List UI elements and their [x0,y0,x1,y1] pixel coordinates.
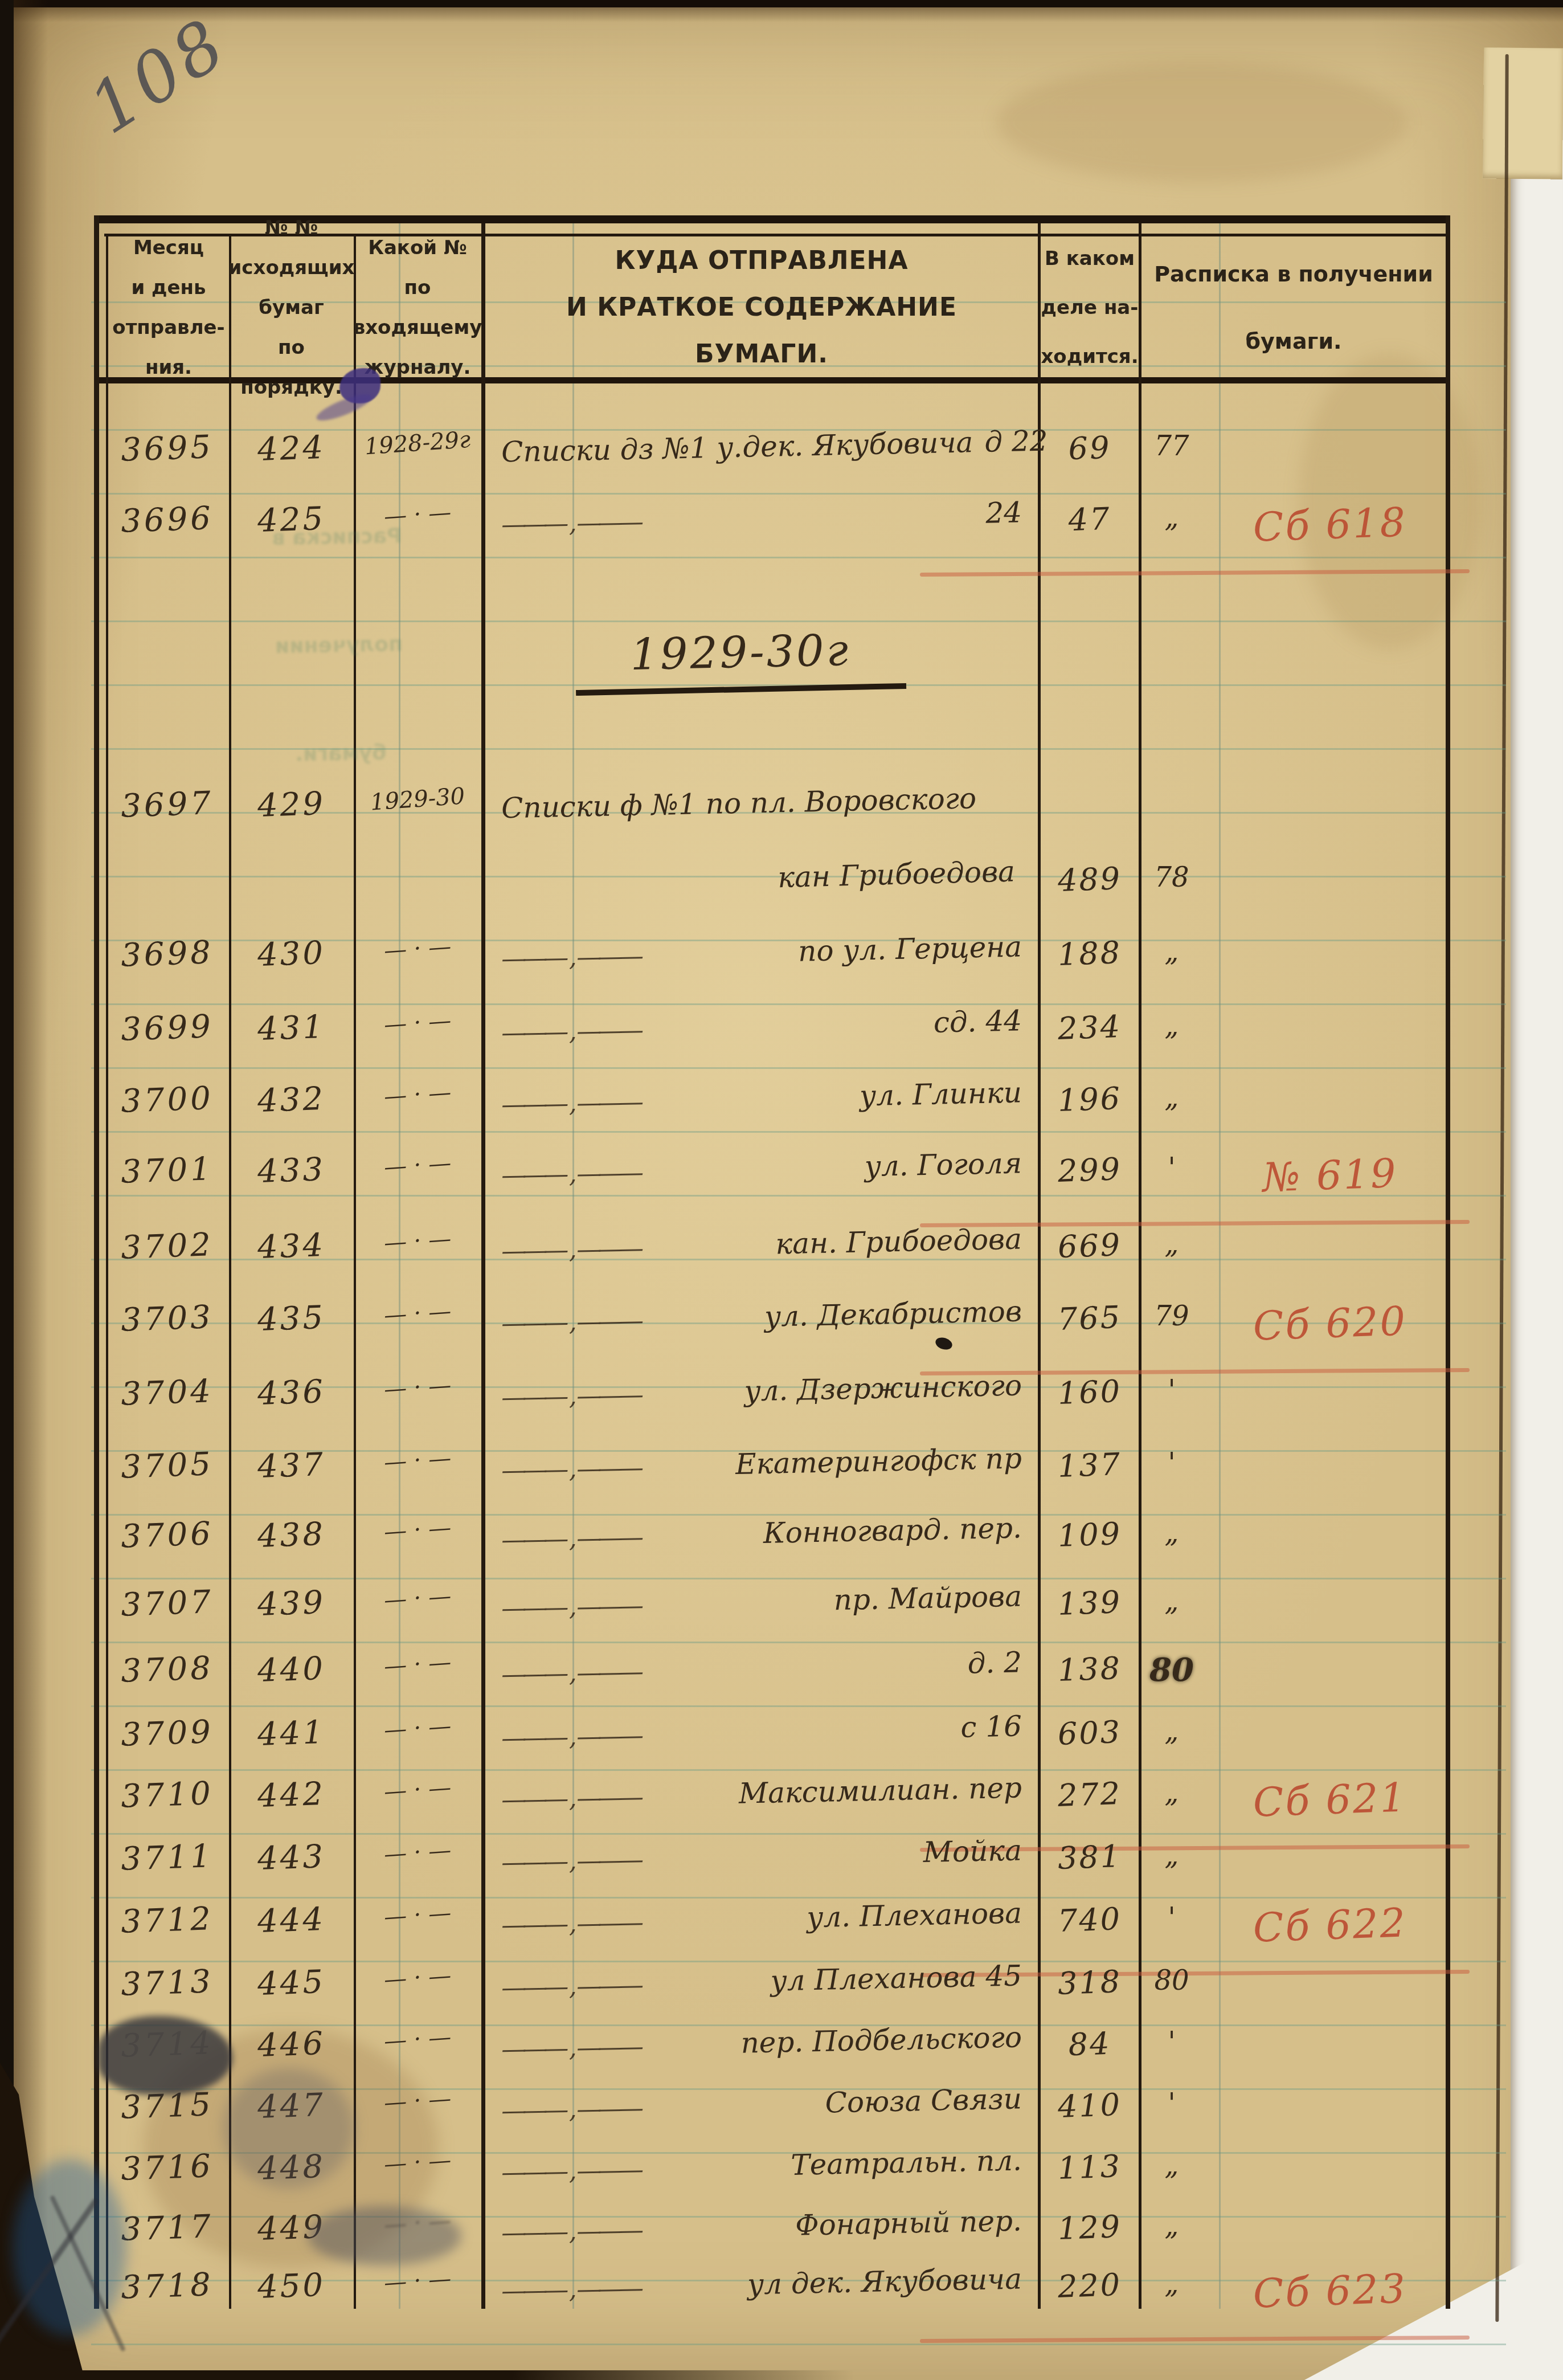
next-page-edge [1511,62,1563,2380]
file-number: 84 [1040,2024,1139,2064]
journal-year: — · — [353,1897,482,1933]
outgoing-number: 431 [228,1007,354,1049]
table-row: 3704436— · ———— ‚ ———ул. Дзержинского160… [94,1374,1450,1443]
outgoing-number: 430 [228,933,354,975]
content-tail-text: Театральн. пл. [779,2144,1022,2182]
journal-year: — · — [353,1370,482,1405]
blue-smudge [13,2159,126,2336]
outgoing-number: 450 [228,2265,354,2307]
file-number: 765 [1040,1299,1139,1338]
file-number: 109 [1040,1515,1139,1554]
ditto-dash: ——— ‚ ——— [501,2273,640,2305]
destination-content: ——— ‚ ———Максимилиан. пер [485,1771,1038,1815]
journal-year: — · — [353,1835,482,1870]
journal-year: — · — [353,1647,482,1682]
destination-content: ——— ‚ ———ул Плеханова 45 [485,1959,1038,2003]
entry-number: 3709 [105,1713,230,1754]
section-year-heading: 1929-30г [575,623,906,696]
entry-number: 3697 [105,784,230,826]
destination-content: ——— ‚ ———пер. Подбельского [485,2020,1038,2065]
receipt-ditto-mark: ' [1139,1902,1205,1934]
destination-content: ——— ‚ ———Театральн. пл. [485,2144,1038,2188]
ditto-dash: ——— ‚ ——— [501,1591,640,1623]
entry-number: 3696 [105,499,230,541]
receipt-number-red: Сб 622 [1204,1897,1456,1953]
journal-year: — · — [353,1077,482,1112]
file-number: 47 [1040,500,1139,539]
header-file-location: В каком деле на- ходится. [1041,238,1139,377]
ditto-dash: ——— ‚ ——— [501,507,640,539]
content-tail-text: ул дек. Якубовича [736,2262,1022,2301]
receipt-number-red: Сб 618 [1204,497,1456,552]
entry-number: 3716 [105,2147,230,2189]
receipt-ditto-mark: ' [1139,1447,1205,1479]
receipt-ditto-mark: 80 [1139,1651,1205,1689]
outgoing-number: 445 [228,1962,354,2004]
content-tail-text: д. 2 [956,1646,1022,1680]
table-row: 3710442— · ———— ‚ ———Максимилиан. пер272… [94,1777,1450,1845]
receipt-ditto-mark: ' [1139,2088,1205,2120]
receipt-ditto-mark: „ [1139,936,1205,967]
entry-number: 3701 [105,1150,230,1191]
page-bottom-edge [0,2370,854,2380]
journal-year: — · — [353,1512,482,1548]
destination-content: Списки дз №1 у.дек. Якубовичад 22 [485,424,1038,469]
content-text: Списки ф №1 по пл. Воровского [501,782,976,824]
header-month-day: Месяц и день отправле- ния. [108,238,229,377]
file-number: 381 [1040,1838,1139,1877]
entry-number: 3704 [105,1372,230,1414]
document-scan: 108 Расписка в получении бумаги. Месяц и… [0,0,1563,2380]
receipt-ditto-mark: 78 [1139,862,1205,893]
receipt-ditto-mark: „ [1139,1715,1205,1747]
content-tail-text: Максимилиан. пер [727,1771,1022,1810]
outgoing-number: 441 [228,1713,354,1754]
journal-year: — · — [353,2083,482,2118]
file-number: 137 [1040,1446,1139,1485]
receipt-ditto-mark: „ [1139,2210,1205,2242]
file-number: 272 [1040,1775,1139,1814]
table-row: 3701433— · ———— ‚ ———ул. Гоголя299'№ 619 [94,1152,1450,1220]
content-tail-text: ул Плеханова 45 [759,1959,1022,1998]
content-text: Списки дз №1 у.дек. Якубовича [501,426,973,468]
table-row: 3712444— · ———— ‚ ———ул. Плеханова740'Сб… [94,1902,1450,1970]
table-row: 3700432— · ———— ‚ ———ул. Глинки196„ [94,1081,1450,1150]
journal-year: — · — [353,1960,482,1995]
receipt-ditto-mark: „ [1139,1010,1205,1042]
outgoing-number: 433 [228,1150,354,1191]
receipt-ditto-mark: „ [1139,1228,1205,1260]
outgoing-number: 429 [228,784,354,826]
outgoing-number: 432 [228,1079,354,1121]
content-tail-text: Екатерингофск пр [724,1442,1022,1481]
receipt-ditto-mark: „ [1139,1777,1205,1809]
journal-year: — · — [353,497,482,532]
entry-number: 3702 [105,1226,230,1267]
outgoing-number: 424 [228,428,354,470]
journal-year: — · — [353,931,482,966]
ditto-dash: ——— ‚ ——— [501,1908,640,1940]
journal-year: — · — [353,2145,482,2180]
receipt-number-red: Сб 621 [1204,1772,1456,1827]
destination-content: ——— ‚ ———по ул. Герцена [485,930,1038,974]
entry-number: 3706 [105,1514,230,1556]
outgoing-number: 439 [228,1583,354,1624]
entry-number: 3698 [105,933,230,975]
ditto-dash: ——— ‚ ——— [501,1453,640,1485]
receipt-number-red: № 619 [1204,1148,1456,1203]
table-row: 3707439— · ———— ‚ ———пр. Майрова139„ [94,1585,1450,1654]
entry-number: 3695 [105,428,230,470]
paper-stain [997,63,1407,182]
header-outgoing-numbers: № № исходящих бумаг по порядку. [229,238,354,377]
table-row: 3713445— · ———— ‚ ———ул Плеханова 453188… [94,1965,1450,2033]
table-row: 3699431— · ———— ‚ ———сд. 44234„ [94,1010,1450,1078]
entry-number: 3707 [105,1583,230,1624]
table-row: 3698430— · ———— ‚ ———по ул. Герцена188„ [94,936,1450,1004]
receipt-ditto-mark: ' [1139,2026,1205,2058]
ditto-dash: ——— ‚ ——— [501,2215,640,2247]
ditto-dash: ——— ‚ ——— [501,1015,640,1047]
header-receipt: Расписка в получении бумаги. [1141,238,1446,377]
receipt-ditto-mark: „ [1139,2149,1205,2181]
content-tail-text: ул. Плеханова [795,1896,1022,1934]
ditto-dash: ——— ‚ ——— [501,1721,640,1753]
journal-year: 1928-29г [353,426,482,461]
outgoing-number: 444 [228,1900,354,1941]
receipt-ditto-mark: ' [1139,1152,1205,1184]
ditto-dash: ——— ‚ ——— [501,1657,640,1689]
destination-content: ——— ‚ ———ул. Декабристов [485,1295,1038,1339]
receipt-number-red: Сб 620 [1204,1296,1456,1351]
journal-year: — · — [353,1443,482,1478]
receipt-ditto-mark: „ [1139,1517,1205,1549]
file-number: 740 [1040,1900,1139,1940]
table-row: 3711443— · ———— ‚ ———Мойка381„ [94,1839,1450,1908]
receipt-ditto-mark: 79 [1139,1300,1205,1332]
journal-year: — · — [353,2022,482,2057]
receipt-ditto-mark: „ [1139,1585,1205,1617]
content-tail-text: пер. Подбельского [729,2020,1022,2060]
content-tail-text: по ул. Герцена [787,930,1022,968]
receipt-ditto-mark: „ [1139,501,1205,533]
file-number: 603 [1040,1713,1139,1753]
ditto-dash: ——— ‚ ——— [501,2155,640,2187]
header-destination-content: КУДА ОТПРАВЛЕНА И КРАТКОЕ СОДЕРЖАНИЕ БУМ… [485,238,1038,377]
page-top-shadow [0,7,1563,22]
ditto-dash: ——— ‚ ——— [501,1380,640,1412]
file-number: 234 [1040,1008,1139,1047]
receipt-number-red: Сб 623 [1204,2263,1456,2318]
entry-number: 3705 [105,1445,230,1487]
content-tail-text: Конногвард. пер. [751,1511,1022,1550]
file-number: 129 [1040,2208,1139,2247]
gray-smudge [223,2068,354,2188]
content-tail-text: кан. Грибоедова [764,1222,1022,1260]
journal-year: — · — [353,1581,482,1616]
table-row: 3696425— · ———— ‚ ———2447„Сб 618 [94,501,1450,570]
outgoing-number: 437 [228,1445,354,1487]
content-tail-text: с 16 [949,1709,1022,1744]
destination-content: ——— ‚ ———сд. 44 [485,1004,1038,1048]
content-tail-text: Мойка [911,1834,1022,1869]
outgoing-number: 446 [228,2024,354,2065]
ditto-dash: ——— ‚ ——— [501,1087,640,1119]
ditto-dash: ——— ‚ ——— [501,1306,640,1338]
content-tail-text: ул. Глинки [848,1076,1022,1112]
outgoing-number: 438 [228,1514,354,1556]
table-row: 3705437— · ———— ‚ ———Екатерингофск пр137… [94,1447,1450,1516]
ditto-dash: ——— ‚ ——— [501,1158,640,1190]
entry-number: 3700 [105,1079,230,1121]
outgoing-number: 440 [228,1649,354,1691]
destination-content: ——— ‚ ———ул. Плеханова [485,1896,1038,1941]
paper-tab-top-right [1483,47,1563,179]
receipt-ditto-mark: 77 [1139,430,1205,462]
destination-content: ——— ‚ ———пр. Майрова [485,1579,1038,1624]
ditto-dash: ——— ‚ ——— [501,1845,640,1877]
destination-content: ——— ‚ ———кан. Грибоедова [485,1222,1038,1267]
journal-year: — · — [353,1772,482,1807]
outgoing-number: 434 [228,1226,354,1267]
journal-year: — · — [353,1296,482,1331]
entry-number: 3710 [105,1774,230,1816]
journal-year: — · — [353,1148,482,1183]
destination-content: ——— ‚ ———ул. Гоголя [485,1146,1038,1191]
file-number: 113 [1040,2148,1139,2187]
content-tail-text: ул. Дзержинского [733,1369,1022,1408]
journal-year: — · — [353,1711,482,1746]
destination-content: ——— ‚ ———Фонарный пер. [485,2204,1038,2248]
journal-year: — · — [353,2263,482,2299]
ditto-dash: ——— ‚ ——— [501,1234,640,1265]
content-tail-text: ул. Гоголя [853,1146,1022,1183]
destination-content: ——— ‚ ———д. 2 [485,1646,1038,1690]
destination-content: ——— ‚ ———Конногвард. пер. [485,1511,1038,1556]
receipt-ditto-mark: 80 [1139,1965,1205,1997]
entry-number: 3713 [105,1962,230,2004]
receipt-ditto-mark: „ [1139,2268,1205,2300]
content-tail-text: д 22 [973,424,1048,459]
book-binding-edge [0,0,14,2380]
journal-year: 1929-30 [353,782,482,817]
table-row: 36954241928-29гСписки дз №1 у.дек. Якубо… [94,430,1450,499]
outgoing-number: 425 [228,499,354,541]
file-number: 299 [1040,1150,1139,1190]
entry-number: 3708 [105,1649,230,1691]
table-row: 3702434— · ———— ‚ ———кан. Грибоедова669„ [94,1228,1450,1296]
gray-smudge [308,2206,461,2265]
journal-year: — · — [353,1005,482,1040]
entry-number: 3712 [105,1900,230,1941]
table-row: 3718450— · ———— ‚ ———ул дек. Якубовича22… [94,2268,1450,2336]
ditto-dash: ——— ‚ ——— [501,2093,640,2125]
content-tail-text: 24 [974,496,1022,530]
content-tail-text: сд. 44 [922,1004,1022,1039]
destination-content: ——— ‚ ———ул дек. Якубовича [485,2262,1038,2306]
entry-number: 3711 [105,1837,230,1879]
ditto-dash: ——— ‚ ——— [501,1970,640,2002]
destination-content: Списки ф №1 по пл. Воровского [485,781,1038,825]
outgoing-number: 435 [228,1298,354,1340]
destination-content: ——— ‚ ———с 16 [485,1709,1038,1754]
ditto-dash: ——— ‚ ——— [501,2032,640,2064]
entry-number: 3699 [105,1007,230,1049]
pencil-page-number: 108 [75,2,242,150]
ditto-dash: ——— ‚ ——— [501,941,640,973]
file-number: 669 [1040,1226,1139,1265]
journal-year: — · — [353,1223,482,1259]
file-number: 220 [1040,2266,1139,2305]
content-tail-text: Союза Связи [813,2082,1022,2120]
table-row: 3706438— · ———— ‚ ———Конногвард. пер.109… [94,1517,1450,1585]
file-number: 138 [1040,1650,1139,1689]
header-incoming-journal-number: Какой № по входящему журналу. [354,238,481,377]
receipt-ditto-mark: „ [1139,1081,1205,1113]
outgoing-number: 443 [228,1837,354,1879]
destination-content: ——— ‚ ———Мойка [485,1834,1038,1878]
file-number: 489 [1040,860,1139,899]
file-number: 139 [1040,1583,1139,1623]
ditto-dash: ——— ‚ ——— [501,1522,640,1554]
outgoing-number: 442 [228,1774,354,1816]
destination-content: ——— ‚ ———24 [485,496,1038,540]
book-binding-shadow [14,0,48,2380]
receipt-ditto-mark: ' [1139,1374,1205,1406]
file-number: 69 [1040,428,1139,468]
file-number: 318 [1040,1963,1139,2002]
table-row: 36974291929-30Списки ф №1 по пл. Воровск… [94,786,1450,855]
content-tail-text: Фонарный пер. [784,2204,1022,2242]
destination-content: ——— ‚ ———ул. Глинки [485,1076,1038,1120]
file-number: 188 [1040,934,1139,973]
content-tail-text: ул. Декабристов [753,1295,1022,1333]
file-number: 410 [1040,2086,1139,2125]
page-top-edge [0,0,1563,7]
receipt-ditto-mark: „ [1139,1839,1205,1871]
ditto-dash: ——— ‚ ——— [501,1782,640,1814]
entry-number: 3703 [105,1298,230,1340]
content-tail-text: пр. Майрова [822,1579,1022,1616]
file-number: 196 [1040,1080,1139,1119]
table-row: 3708440— · ———— ‚ ———д. 213880 [94,1651,1450,1720]
outgoing-number: 436 [228,1372,354,1414]
destination-content: ——— ‚ ———ул. Дзержинского [485,1369,1038,1413]
table-row: 3703435— · ———— ‚ ———ул. Декабристов7657… [94,1300,1450,1369]
destination-content: ——— ‚ ———Союза Связи [485,2082,1038,2126]
file-number: 160 [1040,1373,1139,1412]
table-row: 3709441— · ———— ‚ ———с 16603„ [94,1715,1450,1783]
destination-content: ——— ‚ ———Екатерингофск пр [485,1442,1038,1486]
